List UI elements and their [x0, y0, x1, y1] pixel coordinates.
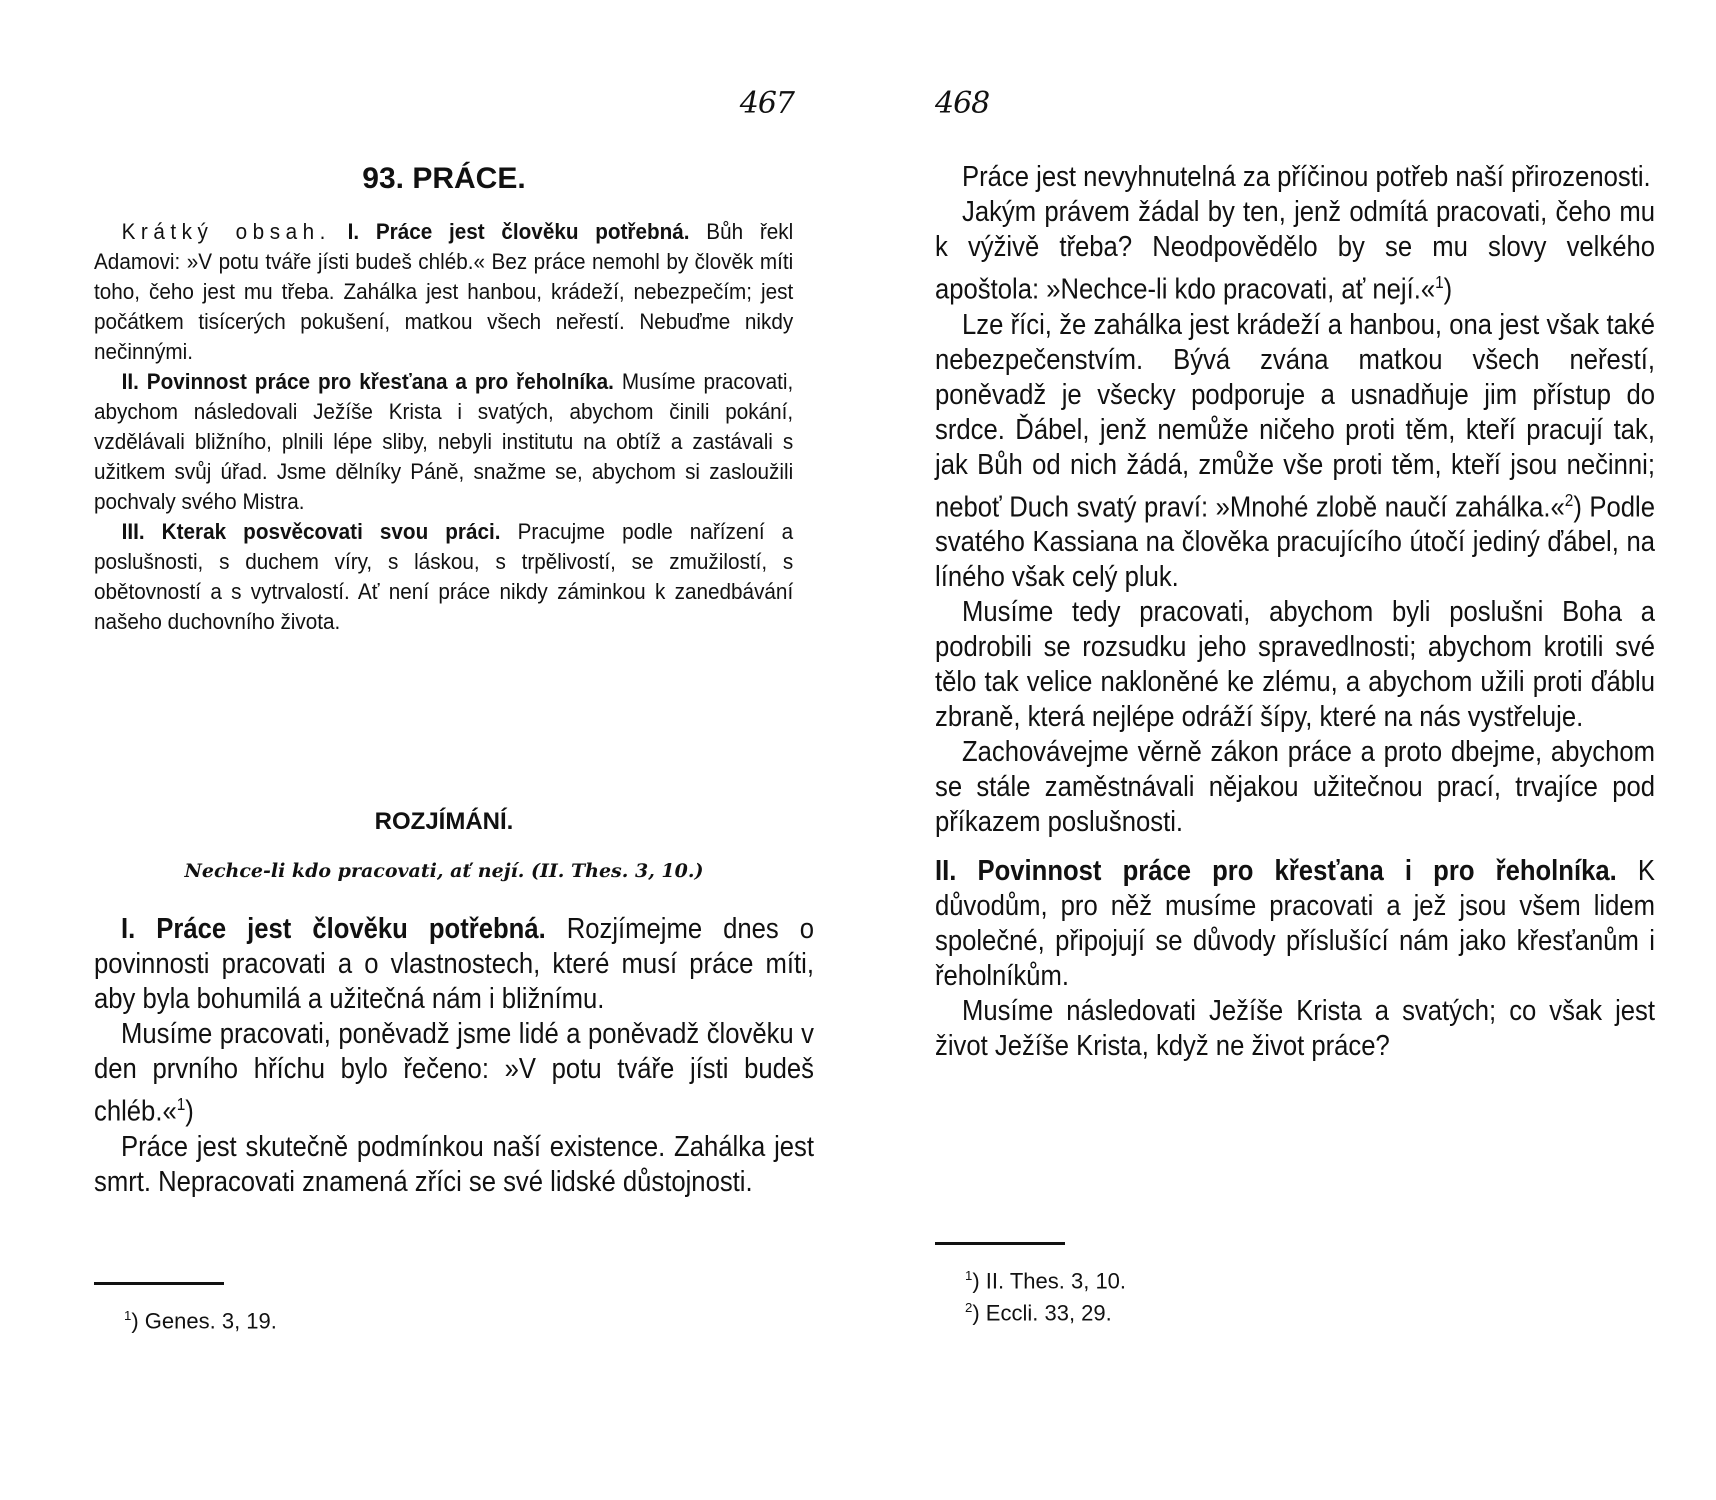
- paragraph: I. Práce jest člověku potřebná. Rozjímej…: [94, 912, 814, 1017]
- paragraph-text: Lze říci, že zahálka jest krádeží a hanb…: [935, 309, 1655, 524]
- right-body: Práce jest nevyhnutelná za příčinou potř…: [935, 160, 1655, 1064]
- summary-label: Krátký obsah.: [122, 219, 331, 244]
- paragraph-text: Zachovávejme věrně zákon práce a proto d…: [935, 736, 1655, 838]
- footnote: 2) Eccli. 33, 29.: [965, 1292, 1112, 1329]
- footnote-text: Eccli. 33, 29.: [986, 1300, 1112, 1325]
- paragraph-text: Jakým právem žádal by ten, jenž odmítá p…: [935, 196, 1655, 306]
- paragraph: Práce jest nevyhnutelná za příčinou potř…: [935, 160, 1655, 195]
- footnote-ref[interactable]: 2: [1565, 491, 1574, 510]
- footnote-divider: [94, 1282, 224, 1285]
- summary-section-1: Krátký obsah. I. Práce jest člověku potř…: [94, 217, 793, 367]
- section-heading: II. Povinnost práce pro křesťana i pro ř…: [935, 855, 1617, 887]
- paragraph-text: Musíme tedy pracovati, abychom byli posl…: [935, 596, 1655, 733]
- page-number: 467: [740, 86, 794, 121]
- summary-section-2: II. Povinnost práce pro křesťana a pro ř…: [94, 367, 793, 517]
- section-gap: [935, 840, 1655, 854]
- paragraph-text: ): [1444, 274, 1453, 306]
- paragraph: Musíme následovati Ježíše Krista a svatý…: [935, 994, 1655, 1064]
- paragraph: Jakým právem žádal by ten, jenž odmítá p…: [935, 195, 1655, 308]
- meditation-title: ROZJÍMÁNÍ.: [94, 808, 794, 836]
- paragraph: Musíme tedy pracovati, abychom byli posl…: [935, 595, 1655, 735]
- summary: Krátký obsah. I. Práce jest člověku potř…: [94, 217, 793, 637]
- footnote-text: II. Thes. 3, 10.: [986, 1268, 1126, 1293]
- footnote-text: Genes. 3, 19.: [145, 1308, 277, 1333]
- paragraph: Lze říci, že zahálka jest krádeží a hanb…: [935, 308, 1655, 596]
- footnote-divider: [935, 1242, 1065, 1245]
- paragraph-text: Musíme následovati Ježíše Krista a svatý…: [935, 995, 1655, 1062]
- left-body: I. Práce jest člověku potřebná. Rozjímej…: [94, 912, 814, 1200]
- motto: Nechce-li kdo pracovati, ať nejí. (II. T…: [94, 860, 794, 882]
- chapter-title: 93. PRÁCE.: [94, 162, 794, 196]
- summary-section-3: III. Kterak posvěcovati svou práci. Prac…: [94, 517, 793, 637]
- paragraph-text: Práce jest nevyhnutelná za příčinou potř…: [962, 161, 1651, 193]
- paragraph-text: Musíme pracovati, poněvadž jsme lidé a p…: [94, 1018, 814, 1128]
- paragraph-text: ): [185, 1096, 194, 1128]
- paragraph: Musíme pracovati, poněvadž jsme lidé a p…: [94, 1017, 814, 1130]
- footnote: 1) Genes. 3, 19.: [124, 1300, 277, 1337]
- summary-heading: III. Kterak posvěcovati svou práci.: [122, 519, 501, 544]
- section-heading: I. Práce jest člověku potřebná.: [121, 913, 546, 945]
- page-number: 468: [935, 86, 989, 121]
- paragraph: Práce jest skutečně podmínkou naší exist…: [94, 1130, 814, 1200]
- footnote-ref[interactable]: 1: [1435, 273, 1444, 292]
- summary-heading: II. Povinnost práce pro křesťana a pro ř…: [122, 369, 614, 394]
- paragraph: II. Povinnost práce pro křesťana i pro ř…: [935, 854, 1655, 994]
- paragraph: Zachovávejme věrně zákon práce a proto d…: [935, 735, 1655, 840]
- paragraph-text: Práce jest skutečně podmínkou naší exist…: [94, 1131, 814, 1198]
- summary-heading: I. Práce jest člověku potřebná.: [348, 219, 690, 244]
